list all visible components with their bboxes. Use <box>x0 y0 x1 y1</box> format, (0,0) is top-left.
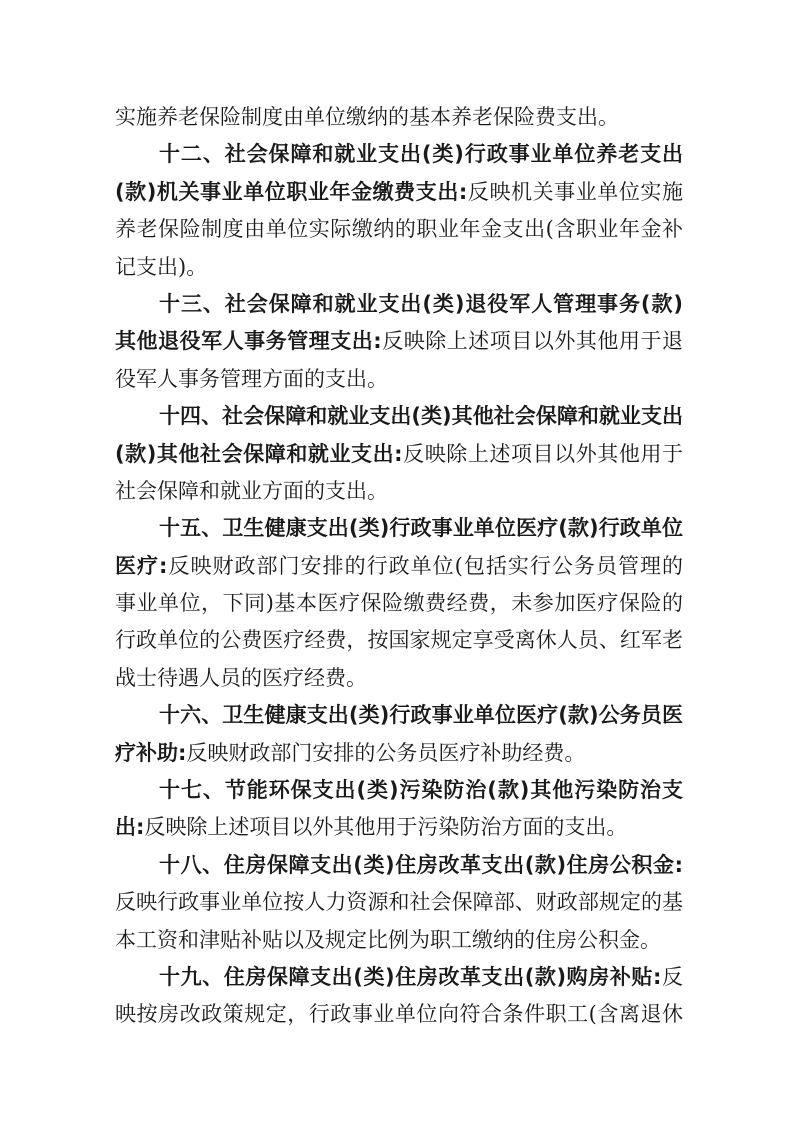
text-line: 战士待遇人员的医疗经费。 <box>115 660 683 697</box>
text-line: 十三、社会保障和就业支出(类)退役军人管理事务(款) <box>115 286 683 323</box>
text-line: (款)机关事业单位职业年金缴费支出:反映机关事业单位实施 <box>115 174 683 211</box>
text-line: 行政单位的公费医疗经费，按国家规定享受离休人员、红军老 <box>115 622 683 659</box>
text-line: 映按房改政策规定，行政事业单位向符合条件职工(含离退休 <box>115 996 683 1033</box>
text-line: 养老保险制度由单位实际缴纳的职业年金支出(含职业年金补 <box>115 211 683 248</box>
heading-text: 十八、住房保障支出(类)住房改革支出(款)住房公积金: <box>159 853 683 877</box>
paragraph-p15: 十五、卫生健康支出(类)行政事业单位医疗(款)行政单位医疗:反映财政部门安排的行… <box>115 510 683 697</box>
paragraph-p16: 十六、卫生健康支出(类)行政事业单位医疗(款)公务员医疗补助:反映财政部门安排的… <box>115 697 683 772</box>
text-line: 疗补助:反映财政部门安排的公务员医疗补助经费。 <box>115 735 683 772</box>
body-text: 反映除上述项目以外其他用于 <box>403 442 683 466</box>
heading-text: (款)机关事业单位职业年金缴费支出: <box>115 180 467 204</box>
text-line: (款)其他社会保障和就业支出:反映除上述项目以外其他用于 <box>115 436 683 473</box>
heading-text: 医疗: <box>115 554 167 578</box>
body-text: 养老保险制度由单位实际缴纳的职业年金支出(含职业年金补 <box>115 217 683 241</box>
paragraph-p19: 十九、住房保障支出(类)住房改革支出(款)购房补贴:反映按房改政策规定，行政事业… <box>115 959 683 1034</box>
text-line: 十四、社会保障和就业支出(类)其他社会保障和就业支出 <box>115 398 683 435</box>
heading-text: 十二、社会保障和就业支出(类)行政事业单位养老支出 <box>159 142 683 166</box>
text-line: 十八、住房保障支出(类)住房改革支出(款)住房公积金: <box>115 847 683 884</box>
body-text: 反映除上述项目以外其他用于退 <box>382 329 683 353</box>
body-text: 社会保障和就业方面的支出。 <box>115 479 388 503</box>
text-line: 社会保障和就业方面的支出。 <box>115 473 683 510</box>
text-line: 记支出)。 <box>115 249 683 286</box>
body-text: 反映财政部门安排的行政单位(包括实行公务员管理的 <box>167 554 683 578</box>
paragraph-p14: 十四、社会保障和就业支出(类)其他社会保障和就业支出(款)其他社会保障和就业支出… <box>115 398 683 510</box>
body-text: 反映行政事业单位按人力资源和社会保障部、财政部规定的基 <box>115 890 683 914</box>
text-line: 出:反映除上述项目以外其他用于污染防治方面的支出。 <box>115 809 683 846</box>
body-text: 事业单位，下同)基本医疗保险缴费经费，未参加医疗保险的 <box>115 591 683 615</box>
heading-text: 十五、卫生健康支出(类)行政事业单位医疗(款)行政单位 <box>159 516 683 540</box>
body-text: 记支出)。 <box>115 255 207 279</box>
paragraph-p11-tail: 实施养老保险制度由单位缴纳的基本养老保险费支出。 <box>115 99 683 136</box>
body-text: 反映除上述项目以外其他用于污染防治方面的支出。 <box>144 815 627 839</box>
body-text: 行政单位的公费医疗经费，按国家规定享受离休人员、红军老 <box>115 628 683 652</box>
body-text: 本工资和津贴补贴以及规定比例为职工缴纳的住房公积金。 <box>115 928 661 952</box>
heading-text: 十九、住房保障支出(类)住房改革支出(款)购房补贴: <box>159 965 661 989</box>
body-text: 反映机关事业单位实施 <box>467 180 683 204</box>
heading-text: 疗补助: <box>115 741 186 765</box>
text-line: 十七、节能环保支出(类)污染防治(款)其他污染防治支 <box>115 772 683 809</box>
text-line: 十二、社会保障和就业支出(类)行政事业单位养老支出 <box>115 136 683 173</box>
heading-text: 十七、节能环保支出(类)污染防治(款)其他污染防治支 <box>159 778 683 802</box>
body-text: 战士待遇人员的医疗经费。 <box>115 666 367 690</box>
heading-text: 十三、社会保障和就业支出(类)退役军人管理事务(款) <box>159 292 683 316</box>
text-line: 本工资和津贴补贴以及规定比例为职工缴纳的住房公积金。 <box>115 922 683 959</box>
heading-text: 其他退役军人事务管理支出: <box>115 329 382 353</box>
heading-text: 十六、卫生健康支出(类)行政事业单位医疗(款)公务员医 <box>159 703 683 727</box>
text-line: 实施养老保险制度由单位缴纳的基本养老保险费支出。 <box>115 99 683 136</box>
body-text: 映按房改政策规定，行政事业单位向符合条件职工(含离退休 <box>115 1002 683 1026</box>
paragraph-p12: 十二、社会保障和就业支出(类)行政事业单位养老支出(款)机关事业单位职业年金缴费… <box>115 136 683 286</box>
paragraph-p17: 十七、节能环保支出(类)污染防治(款)其他污染防治支出:反映除上述项目以外其他用… <box>115 772 683 847</box>
heading-text: 十四、社会保障和就业支出(类)其他社会保障和就业支出 <box>159 404 683 428</box>
text-line: 役军人事务管理方面的支出。 <box>115 361 683 398</box>
body-text: 反 <box>661 965 683 989</box>
body-text: 实施养老保险制度由单位缴纳的基本养老保险费支出。 <box>115 105 619 129</box>
text-line: 十六、卫生健康支出(类)行政事业单位医疗(款)公务员医 <box>115 697 683 734</box>
text-line: 其他退役军人事务管理支出:反映除上述项目以外其他用于退 <box>115 323 683 360</box>
paragraph-p13: 十三、社会保障和就业支出(类)退役军人管理事务(款)其他退役军人事务管理支出:反… <box>115 286 683 398</box>
body-text: 役军人事务管理方面的支出。 <box>115 367 388 391</box>
text-line: 反映行政事业单位按人力资源和社会保障部、财政部规定的基 <box>115 884 683 921</box>
document-page: 实施养老保险制度由单位缴纳的基本养老保险费支出。十二、社会保障和就业支出(类)行… <box>115 99 683 1034</box>
text-line: 事业单位，下同)基本医疗保险缴费经费，未参加医疗保险的 <box>115 585 683 622</box>
text-line: 十五、卫生健康支出(类)行政事业单位医疗(款)行政单位 <box>115 510 683 547</box>
body-text: 反映财政部门安排的公务员医疗补助经费。 <box>186 741 585 765</box>
text-line: 十九、住房保障支出(类)住房改革支出(款)购房补贴:反 <box>115 959 683 996</box>
heading-text: (款)其他社会保障和就业支出: <box>115 442 403 466</box>
paragraph-p18: 十八、住房保障支出(类)住房改革支出(款)住房公积金:反映行政事业单位按人力资源… <box>115 847 683 959</box>
heading-text: 出: <box>115 815 144 839</box>
text-line: 医疗:反映财政部门安排的行政单位(包括实行公务员管理的 <box>115 548 683 585</box>
